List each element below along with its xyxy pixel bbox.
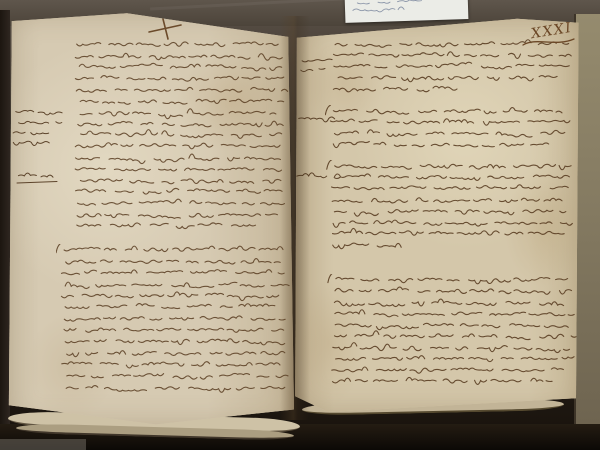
table-edge — [0, 439, 86, 450]
gutter-shadow — [280, 16, 310, 420]
left-paragraph-2 — [56, 244, 299, 406]
right-paragraph-3 — [325, 160, 582, 262]
left-margin-rubric — [12, 170, 64, 192]
left-paragraph-1 — [70, 39, 294, 243]
left-manuscript-page — [6, 12, 294, 426]
right-paragraph-2 — [325, 105, 579, 163]
right-paragraph-4 — [325, 274, 584, 399]
right-manuscript-page: XXXI — [294, 18, 580, 412]
right-paragraph-1 — [328, 38, 580, 107]
book-left-edge — [0, 10, 10, 435]
left-margin-note — [8, 106, 72, 160]
folio-number-flourish — [522, 36, 576, 48]
manuscript-photo: XXXI — [0, 0, 600, 450]
label-handwriting — [346, 0, 457, 23]
archival-label — [345, 0, 469, 23]
